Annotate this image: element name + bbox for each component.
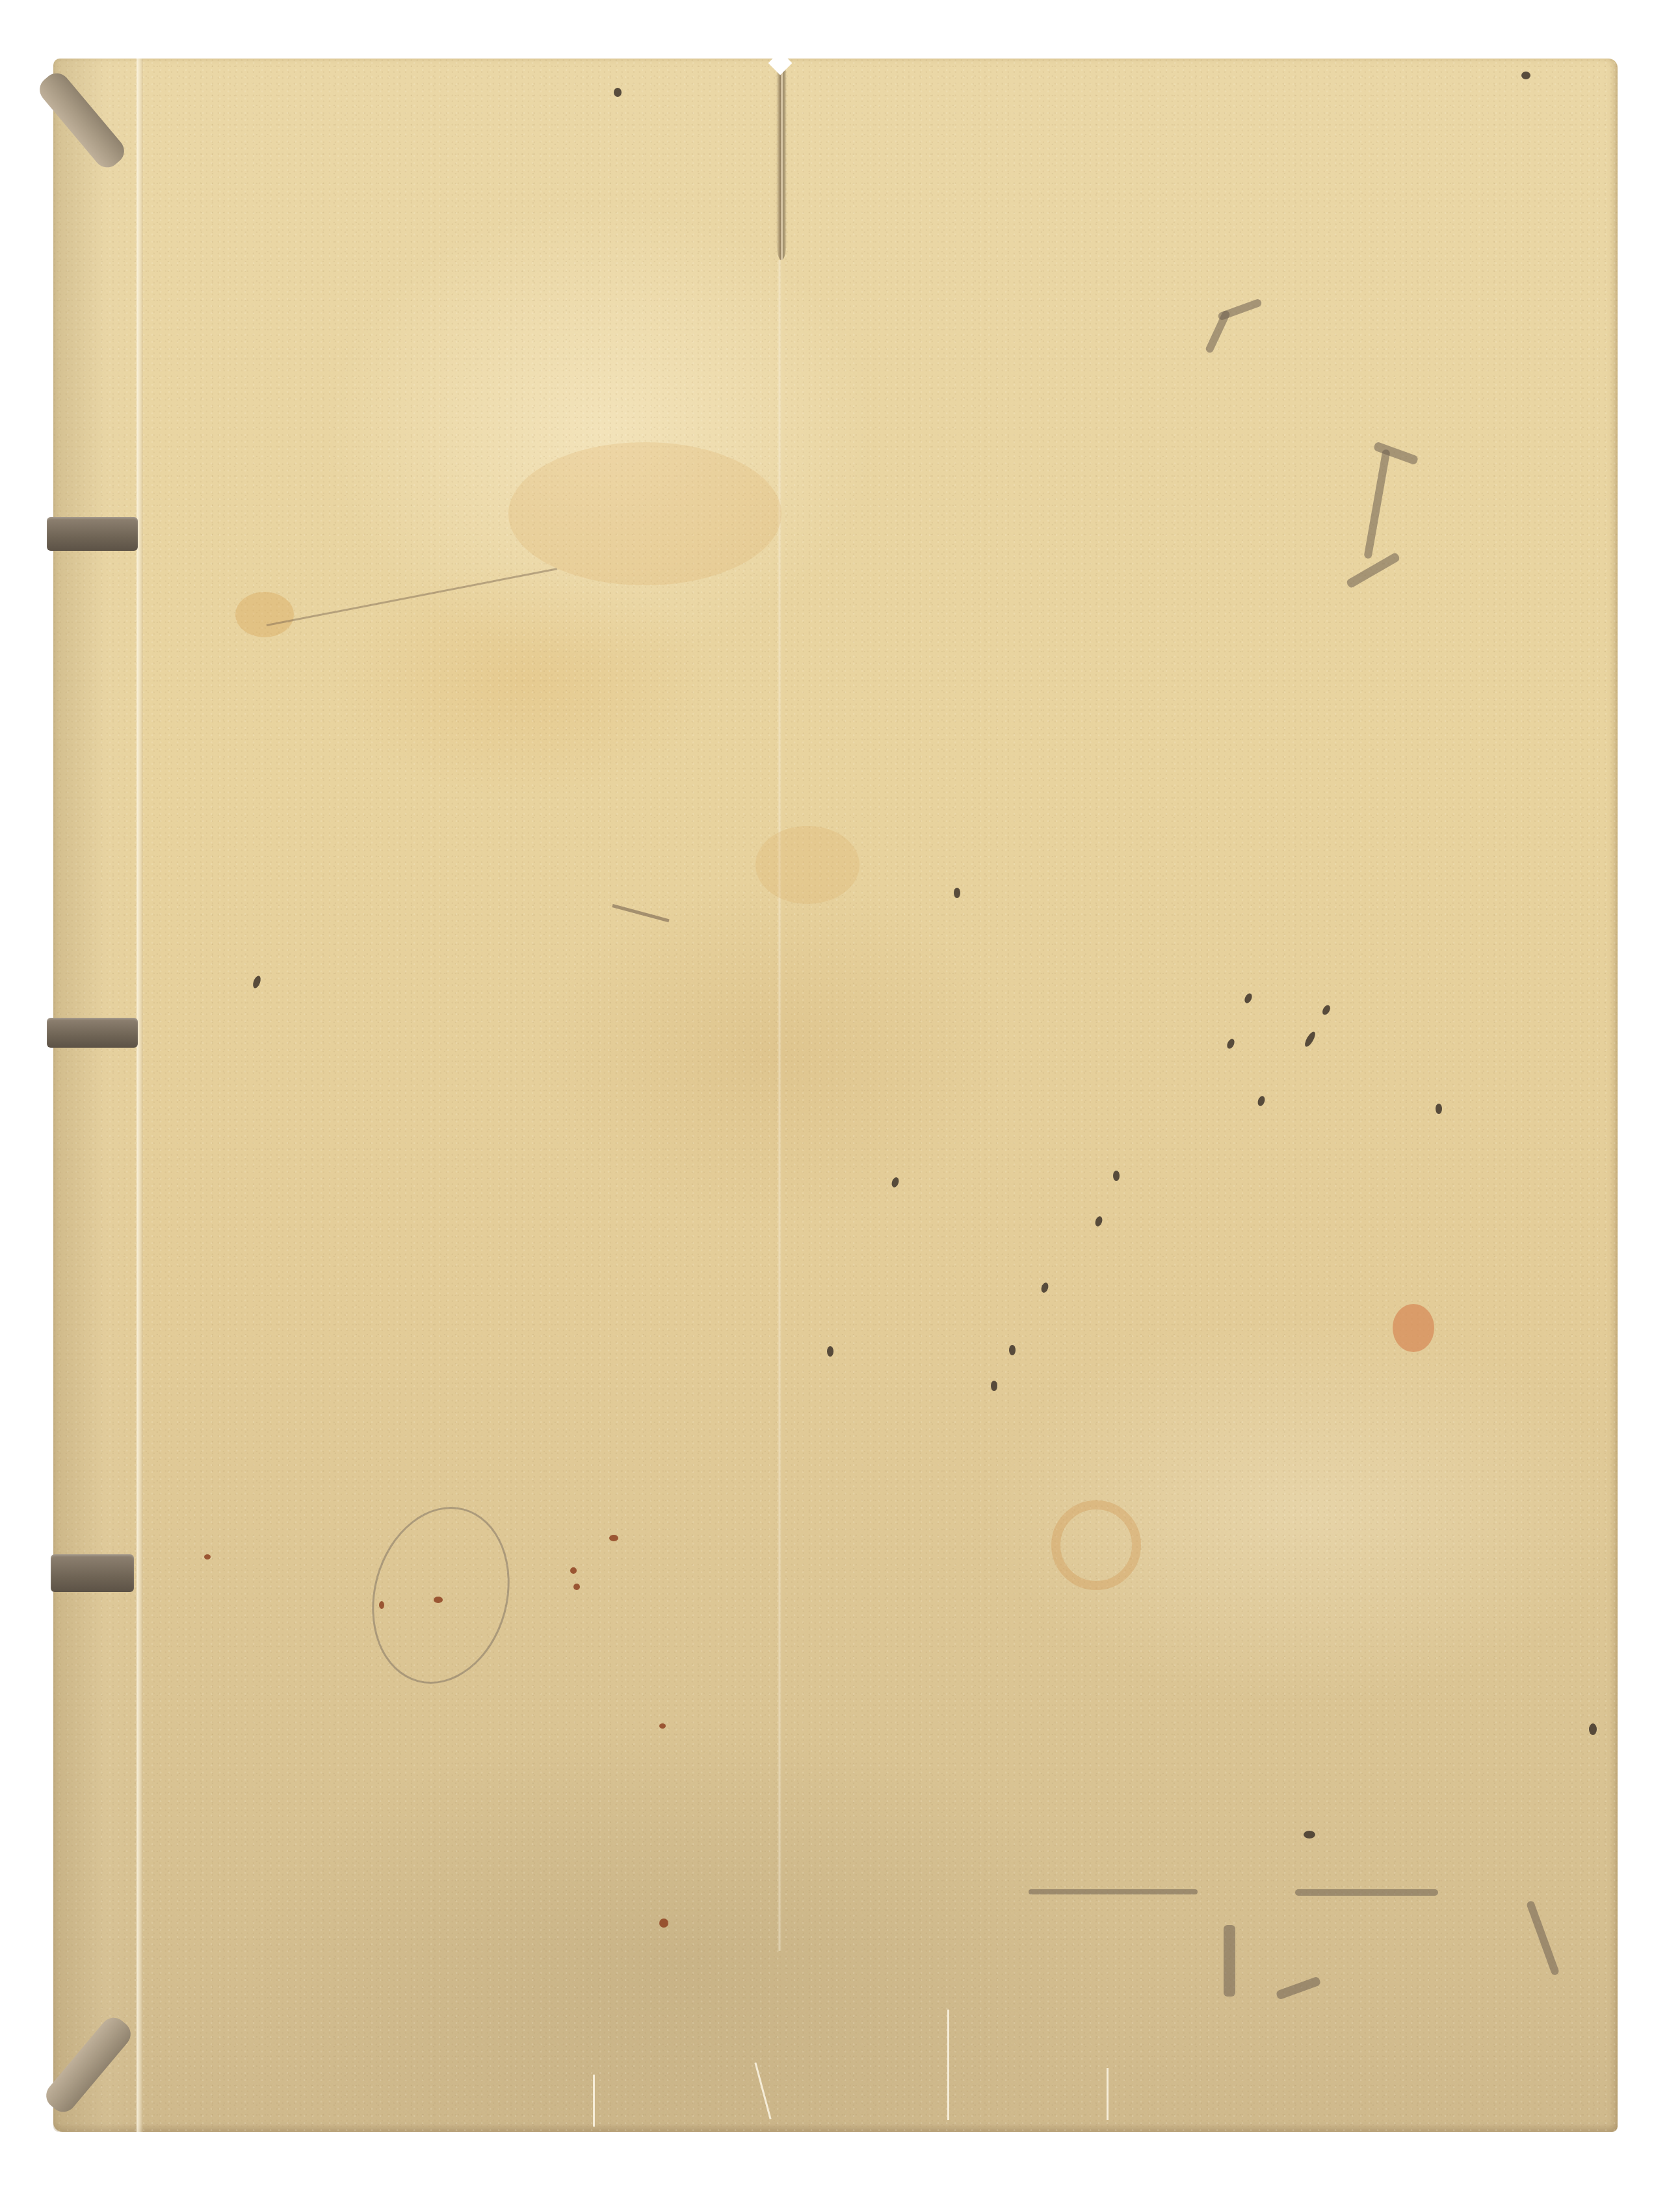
- worm-hole: [1304, 1831, 1315, 1839]
- vellum-texture: [53, 59, 1618, 2132]
- edge-crack: [1107, 2068, 1109, 2120]
- ring-stain: [1051, 1500, 1141, 1590]
- worm-hole: [1521, 72, 1530, 79]
- worm-hole: [827, 1346, 833, 1357]
- ink-scribble-line-2: [1295, 1889, 1438, 1896]
- rust-speck: [659, 1919, 668, 1928]
- rust-speck: [204, 1554, 211, 1560]
- rust-speck: [434, 1597, 443, 1603]
- spine-tab-1: [47, 517, 138, 551]
- worm-hole: [954, 888, 960, 898]
- vellum-book-cover: [53, 59, 1618, 2132]
- edge-crack: [947, 2010, 949, 2120]
- ink-scribble-line-1: [1029, 1889, 1198, 1894]
- worm-hole: [1009, 1345, 1016, 1355]
- rust-speck: [379, 1601, 384, 1609]
- rust-speck: [570, 1567, 577, 1574]
- upper-stain: [508, 442, 781, 585]
- worm-hole: [991, 1381, 997, 1391]
- top-crease-crack: [776, 59, 787, 260]
- rust-speck: [573, 1584, 580, 1590]
- orange-stain: [235, 592, 294, 637]
- spine-tab-2: [47, 1018, 138, 1048]
- rust-speck: [609, 1535, 618, 1541]
- worm-hole: [614, 88, 622, 97]
- mid-stain: [755, 826, 860, 904]
- spine-hinge-fold: [137, 59, 143, 2132]
- ink-scribble-vertical: [1224, 1925, 1235, 1997]
- worm-hole: [1113, 1171, 1120, 1181]
- spine-tab-3: [51, 1554, 134, 1592]
- rust-spot: [1393, 1304, 1434, 1352]
- edge-crack: [593, 2075, 595, 2127]
- rust-speck: [659, 1723, 666, 1729]
- book-spine: [53, 59, 141, 2132]
- worm-hole: [1589, 1723, 1597, 1735]
- worm-hole: [1436, 1104, 1442, 1114]
